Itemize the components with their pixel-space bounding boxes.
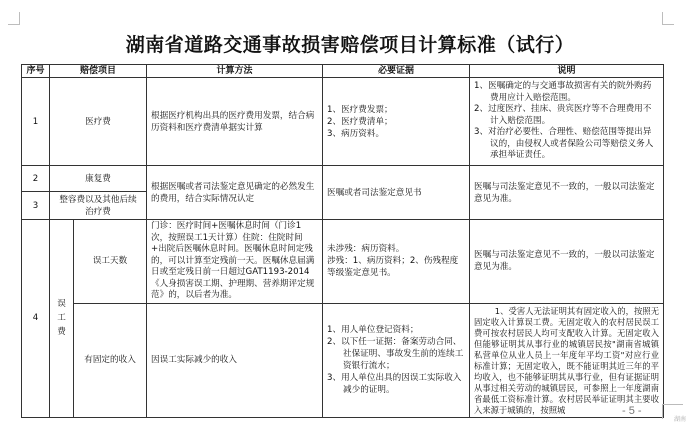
item-name-text: 误工费	[57, 297, 67, 339]
calc-method: 根据医疗机构出具的医疗费用发票，结合病历资料和医疗费清单据实计算	[147, 78, 323, 166]
notes: 1、受害人无法证明其有固定收入的，按照无固定收入计算误工费。无固定收入的农村居民…	[470, 303, 664, 417]
note-item: 2、过度医疗、挂床、贵宾医疗等不合理费用不计入赔偿范围。	[474, 104, 659, 127]
evidence-list: 1、用人单位登记资料； 2、以下任一证据：备案劳动合同、社保证明、事故发生前的连…	[323, 303, 470, 417]
sub-item-name: 有固定的收入	[74, 303, 147, 417]
table-row-fixed-income: 有固定的收入 因误工实际减少的收入 1、用人单位登记资料； 2、以下任一证据：备…	[22, 303, 664, 417]
calc-method: 门诊：医疗时间+医嘱休息时间（门诊1次，按照误工1天计算）住院：住院时间+出院后…	[147, 220, 323, 304]
item-name-vertical: 误工费	[50, 220, 74, 418]
document-title: 湖南省道路交通事故损害赔偿项目计算标准（试行）	[0, 30, 700, 57]
header-no: 序号	[22, 65, 50, 78]
watermark: 湖南	[674, 414, 686, 423]
evidence-item: 3、用人单位出具的因误工实际收入减少的证明。	[327, 372, 465, 396]
table-row-medical: 1 医疗费 根据医疗机构出具的医疗费用发票，结合病历资料和医疗费清单据实计算 1…	[22, 78, 664, 166]
header-notes: 说明	[470, 65, 664, 78]
note-item: 1、医嘱确定的与交通事故损害有关的院外购药费用应计入赔偿范围。	[474, 81, 659, 104]
evidence-item: 未涉残：病历资料。	[327, 243, 465, 255]
evidence-item: 2、以下任一证据：备案劳动合同、社保证明、事故发生前的连续工资银行流水；	[327, 336, 465, 372]
evidence-list: 1、医疗费发票； 2、医疗费清单； 3、病历资料。	[323, 78, 470, 166]
evidence-item: 1、医疗费发票；	[327, 104, 465, 116]
header-method: 计算方法	[147, 65, 323, 78]
evidence-item: 2、医疗费清单；	[327, 116, 465, 128]
evidence-item: 1、用人单位登记资料；	[327, 324, 465, 336]
notes: 医嘱与司法鉴定意见不一致的，一般以司法鉴定意见为准。	[470, 220, 664, 304]
header-item: 赔偿项目	[50, 65, 147, 78]
notes-list: 1、医嘱确定的与交通事故损害有关的院外购药费用应计入赔偿范围。 2、过度医疗、挂…	[470, 78, 664, 166]
calc-method: 因误工实际减少的收入	[147, 303, 323, 417]
item-name: 康复费	[50, 166, 147, 192]
table-row-rehab: 2 康复费 根据医嘱或者司法鉴定意见确定的必然发生的费用，结合实际情况认定 医嘱…	[22, 166, 664, 192]
page-corner-mark-top-right	[662, 12, 674, 25]
sub-item-name: 误工天数	[74, 220, 147, 304]
evidence-item: 涉残：1、病历资料；2、伤残程度等级鉴定意见书。	[327, 255, 465, 279]
note-item: 3、对治疗必要性、合理性、赔偿范围等提出异议的，由侵权人或者保险公司等赔偿义务人…	[474, 127, 659, 162]
calc-method: 根据医嘱或者司法鉴定意见确定的必然发生的费用，结合实际情况认定	[147, 166, 323, 220]
row-number: 1	[22, 78, 50, 166]
item-name: 医疗费	[50, 78, 147, 166]
evidence: 医嘱或者司法鉴定意见书	[323, 166, 470, 220]
table-row-lost-work-days: 4 误工费 误工天数 门诊：医疗时间+医嘱休息时间（门诊1次，按照误工1天计算）…	[22, 220, 664, 304]
evidence-list: 未涉残：病历资料。 涉残：1、病历资料；2、伤残程度等级鉴定意见书。	[323, 220, 470, 304]
row-number: 2	[22, 166, 50, 192]
notes: 医嘱与司法鉴定意见不一致的，一般以司法鉴定意见为准。	[470, 166, 664, 220]
table-header-row: 序号 赔偿项目 计算方法 必要证据 说明	[22, 65, 664, 78]
page-corner-mark-top-left	[8, 12, 20, 25]
evidence-item: 3、病历资料。	[327, 128, 465, 140]
page-number: - 5 -	[622, 405, 642, 417]
compensation-standard-table: 序号 赔偿项目 计算方法 必要证据 说明 1 医疗费 根据医疗机构出具的医疗费用…	[21, 64, 664, 418]
row-number: 3	[22, 192, 50, 220]
header-evidence: 必要证据	[323, 65, 470, 78]
item-name: 整容费以及其他后续治疗费	[50, 192, 147, 220]
row-number: 4	[22, 220, 50, 418]
